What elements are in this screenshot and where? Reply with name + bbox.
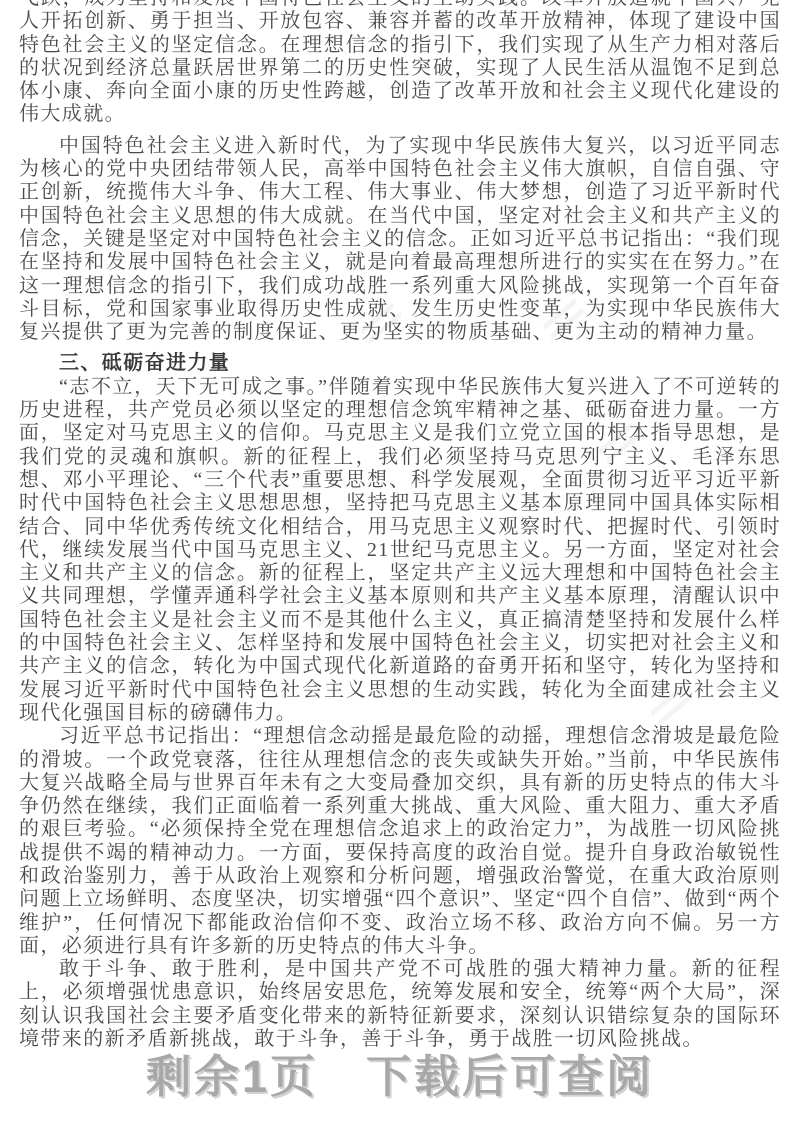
document-body: 飞跃，成为坚持和发展中国特色社会主义的生动实践。改革开放造就中国共产党人开拓创新…	[19, 0, 781, 1051]
remaining-pages-label: 剩余1页	[146, 1040, 318, 1105]
document-preview-page: 飞跃，成为坚持和发展中国特色社会主义的生动实践。改革开放造就中国共产党人开拓创新…	[0, 0, 800, 1146]
section-heading: 三、砥砺奋进力量	[19, 352, 781, 375]
paragraph-forge-ahead: “志不立，天下无可成之事。”伴随着实现中华民族伟大复兴进入了不可逆转的历史进程，…	[19, 376, 781, 725]
paragraph-struggle: 敢于斗争、敢于胜利，是中国共产党不可战胜的强大精神力量。新的征程上，必须增强忧患…	[19, 958, 781, 1051]
paragraph-political-resolve: 习近平总书记指出：“理想信念动摇是最危险的动摇，理想信念滑坡是最危险的滑坡。一个…	[19, 725, 781, 958]
paragraph-continuation: 飞跃，成为坚持和发展中国特色社会主义的生动实践。改革开放造就中国共产党人开拓创新…	[19, 0, 781, 127]
paragraph-new-era: 中国特色社会主义进入新时代，为了实现中华民族伟大复兴，以习近平同志为核心的党中央…	[19, 135, 781, 345]
remaining-pages-banner: 剩余1页 下载后可查阅	[0, 1040, 800, 1105]
download-hint-label: 下载后可查阅	[366, 1040, 654, 1105]
